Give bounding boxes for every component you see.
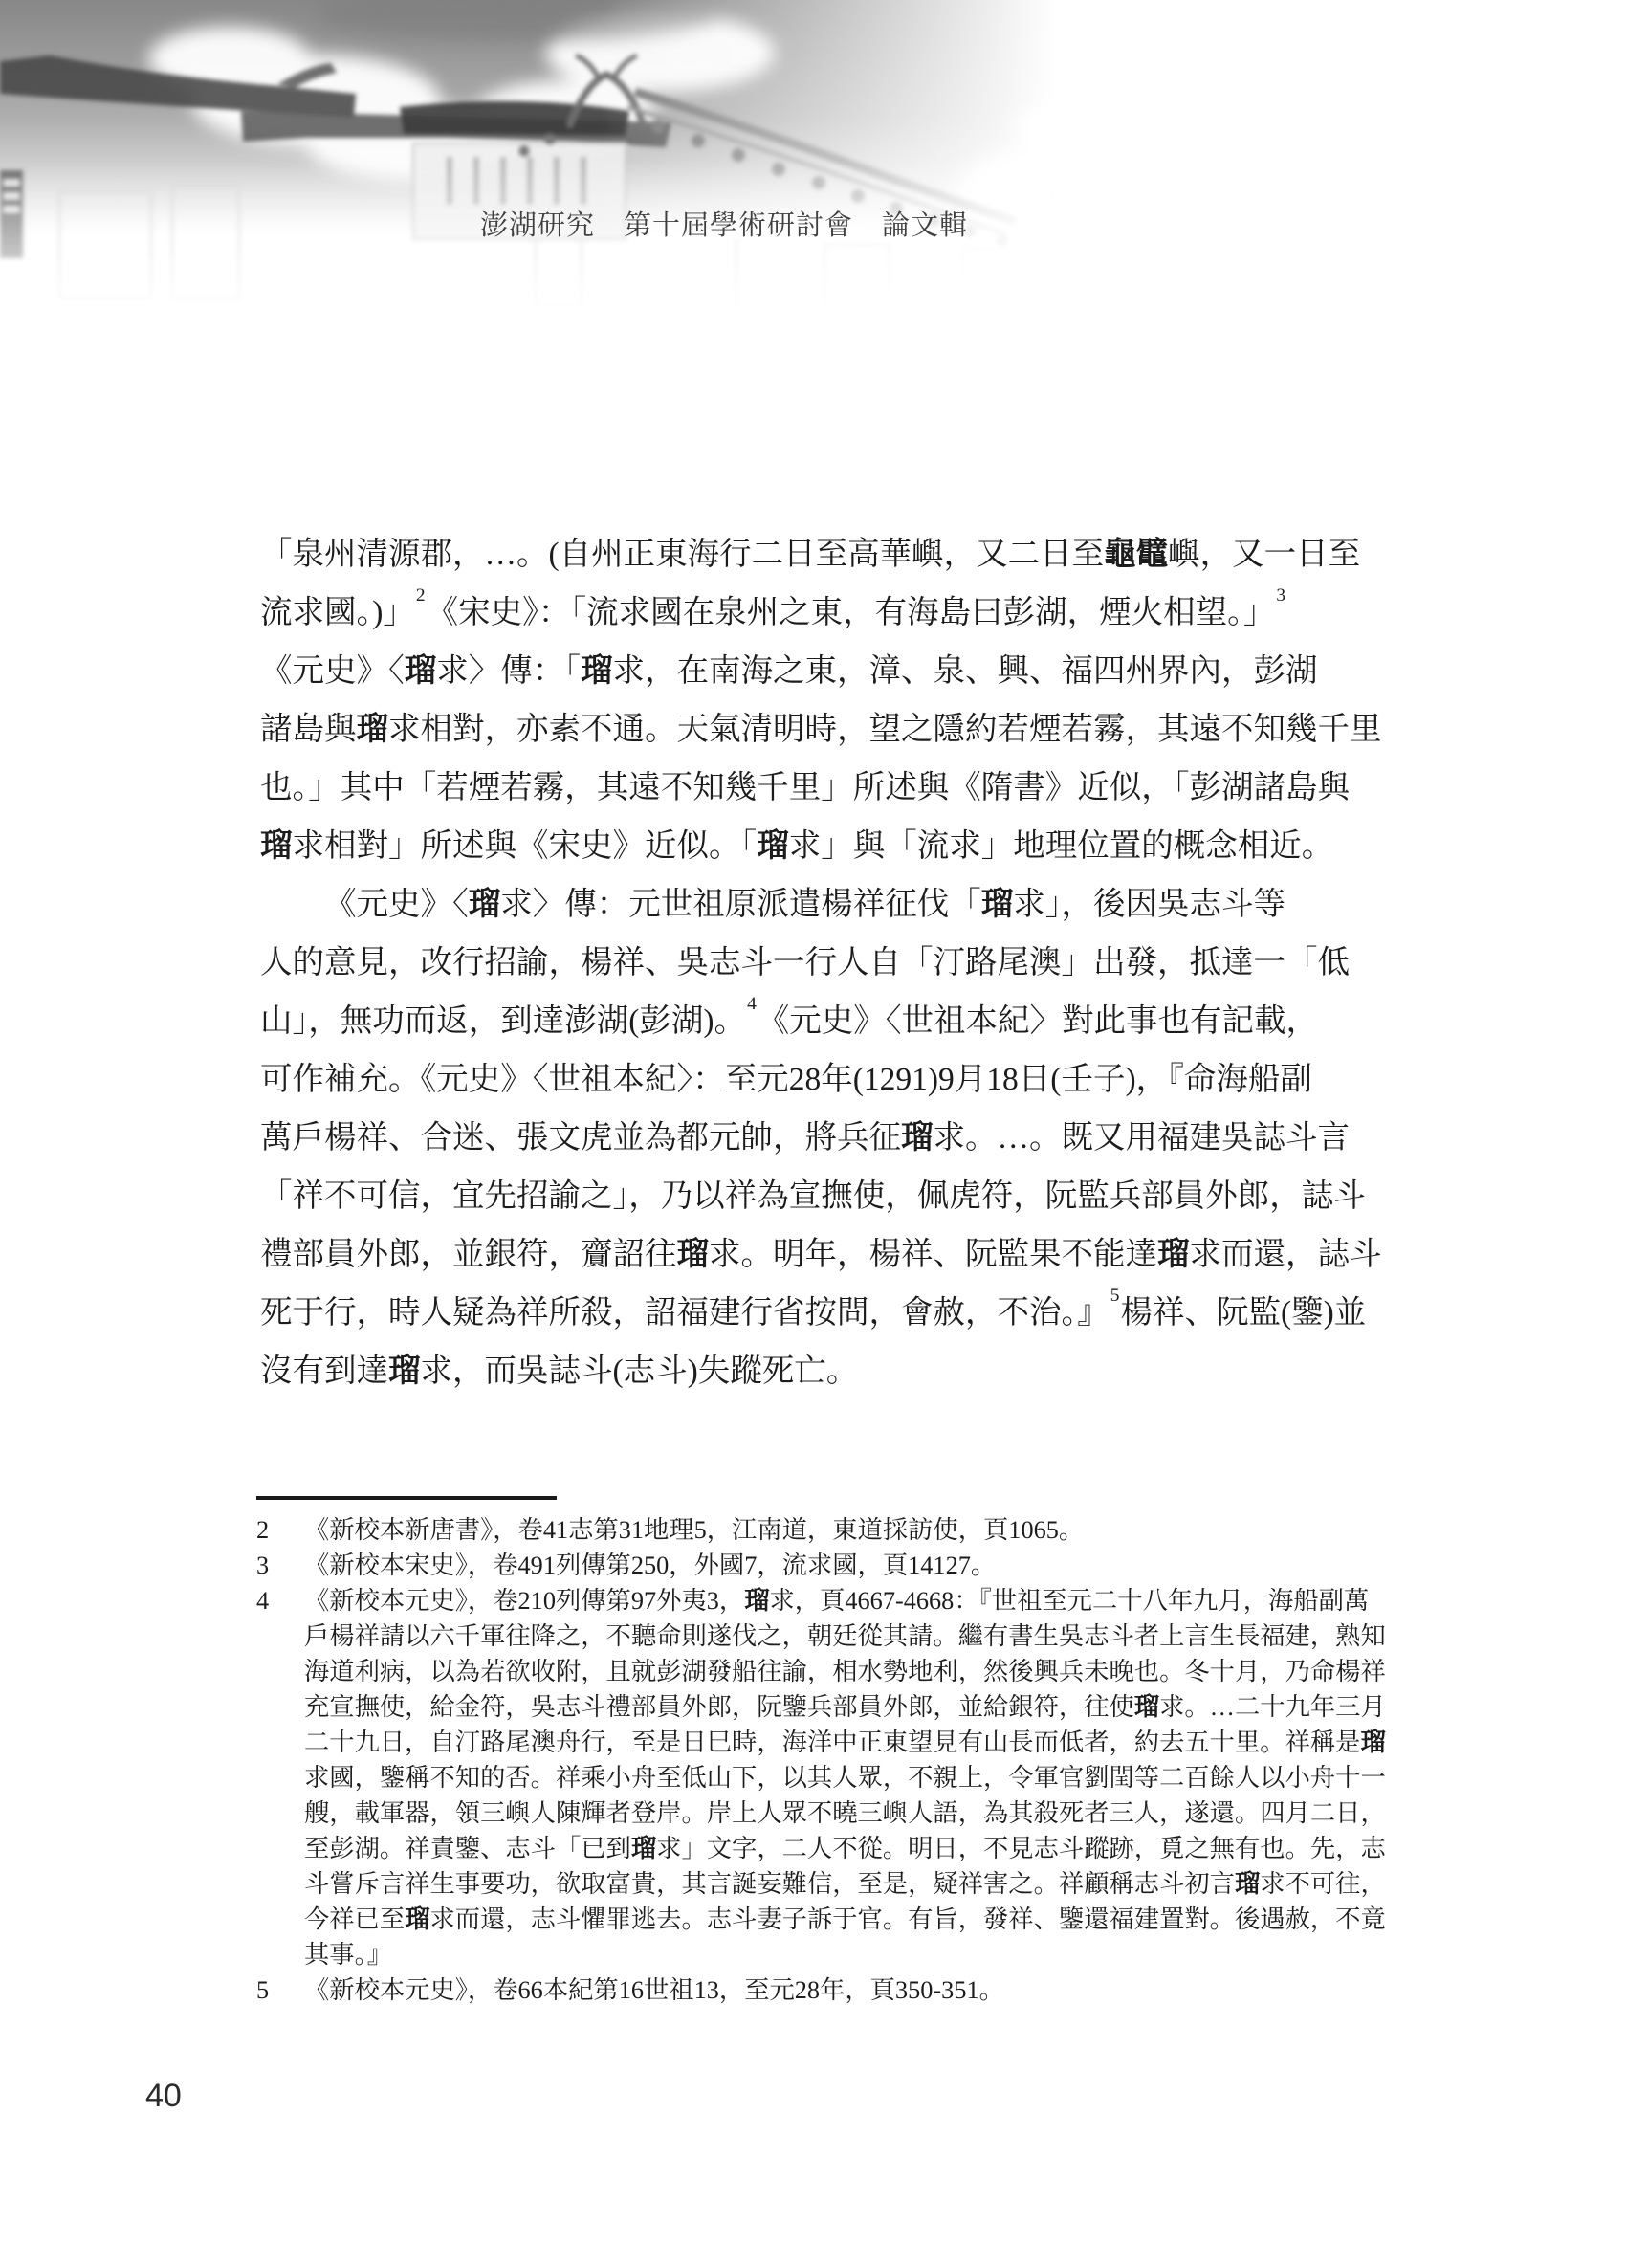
body-line: 萬戶楊祥、合迷、張文虎並為都元帥，將兵征瑠求。…。既又用福建吳誌斗言 <box>260 1109 1393 1167</box>
footnote-text: 《新校本元史》，卷66本紀第16世祖13，至元28年，頁350-351。 <box>304 1972 1399 2008</box>
footnote-marker: 3 <box>256 1548 304 1583</box>
body-line: 可作補充。《元史》〈世祖本紀〉：至元28年(1291)9月18日(壬子)，『命海… <box>260 1050 1393 1109</box>
body-line: 流求國。)」2《宋史》：「流求國在泉州之東，有海島曰彭湖，煙火相望。」3 <box>260 584 1393 642</box>
document-page: 澎湖研究 第十屆學術研討會 論文輯 「泉州清源郡，…。(自州正東海行二日至高華嶼… <box>0 0 1626 2268</box>
footnote-marker: 4 <box>256 1583 304 1618</box>
body-line: 也。」其中「若煙若霧，其遠不知幾千里」所述與《隋書》近似，「彭湖諸島與 <box>260 759 1393 817</box>
body-line: 「泉州清源郡，…。(自州正東海行二日至高華嶼，又二日至龜鼊嶼，又一日至 <box>260 525 1393 584</box>
footnote-marker: 2 <box>256 1512 304 1548</box>
body-text: 「泉州清源郡，…。(自州正東海行二日至高華嶼，又二日至龜鼊嶼，又一日至 流求國。… <box>260 525 1393 1400</box>
header-artwork <box>0 0 1090 320</box>
footnote-text: 《新校本宋史》，卷491列傳第250，外國7，流求國，頁14127。 <box>304 1548 1399 1583</box>
body-line: 山」，無功而返，到達澎湖(彭湖)。4《元史》〈世祖本紀〉對此事也有記載， <box>260 992 1393 1050</box>
footnote-line: 二十九日，自汀路尾澳舟行，至是日巳時，海洋中正東望見有山長而低者，約去五十里。祥… <box>304 1725 1399 1760</box>
body-line: 「祥不可信，宜先招諭之」，乃以祥為宣撫使，佩虎符，阮監兵部員外郎，誌斗 <box>260 1167 1393 1225</box>
body-line: 死于行，時人疑為祥所殺，詔福建行省按問，會赦，不治。』5楊祥、阮監(鑒)並 <box>260 1284 1393 1342</box>
body-line: 瑠求相對」所述與《宋史》近似。「瑠求」與「流求」地理位置的概念相近。 <box>260 817 1393 875</box>
footnote-text: 《新校本元史》，卷210列傳第97外夷3，瑠求，頁4667-4668：『世祖至元… <box>304 1583 1399 1972</box>
footnote-item: 3 《新校本宋史》，卷491列傳第250，外國7，流求國，頁14127。 <box>256 1548 1399 1583</box>
body-line: 《元史》〈瑠求〉傳：元世祖原派遣楊祥征伐「瑠求」，後因吳志斗等 <box>260 875 1393 934</box>
footnote-line: 《新校本元史》，卷210列傳第97外夷3，瑠求，頁4667-4668：『世祖至元… <box>304 1583 1399 1618</box>
footnote-text: 《新校本新唐書》，卷41志第31地理5，江南道，東道採訪使，頁1065。 <box>304 1512 1399 1548</box>
house-illustration <box>0 0 1090 320</box>
body-line: 《元史》〈瑠求〉傳：「瑠求，在南海之東，漳、泉、興、福四州界內，彭湖 <box>260 642 1393 700</box>
footnote-item: 5 《新校本元史》，卷66本紀第16世祖13，至元28年，頁350-351。 <box>256 1972 1399 2008</box>
footnote-line: 斗嘗斥言祥生事要功，欲取富貴，其言誕妄難信，至是，疑祥害之。祥顧稱志斗初言瑠求不… <box>304 1866 1399 1902</box>
footnotes: 2 《新校本新唐書》，卷41志第31地理5，江南道，東道採訪使，頁1065。 3… <box>256 1512 1399 2008</box>
page-header-title: 澎湖研究 第十屆學術研討會 論文輯 <box>480 204 968 243</box>
footnote-line: 至彭湖。祥責鑒、志斗「已到瑠求」文字，二人不從。明日，不見志斗蹤跡，覓之無有也。… <box>304 1831 1399 1866</box>
footnote-line: 艘，載軍器，領三嶼人陳輝者登岸。岸上人眾不曉三嶼人語，為其殺死者三人，遂還。四月… <box>304 1795 1399 1831</box>
footnote-item: 4 《新校本元史》，卷210列傳第97外夷3，瑠求，頁4667-4668：『世祖… <box>256 1583 1399 1972</box>
body-line: 禮部員外郎，並銀符，齎詔往瑠求。明年，楊祥、阮監果不能達瑠求而還，誌斗 <box>260 1225 1393 1284</box>
footnote-line: 充宣撫使，給金符，吳志斗禮部員外郎，阮鑒兵部員外郎，並給銀符，往使瑠求。…二十九… <box>304 1689 1399 1725</box>
body-line: 人的意見，改行招諭，楊祥、吳志斗一行人自「汀路尾澳」出發，抵達一「低 <box>260 934 1393 992</box>
footnote-marker: 5 <box>256 1972 304 2008</box>
body-line: 沒有到達瑠求，而吳誌斗(志斗)失蹤死亡。 <box>260 1342 1393 1400</box>
page-number: 40 <box>145 2078 182 2115</box>
footnote-separator <box>256 1496 557 1500</box>
footnote-line: 今祥已至瑠求而還，志斗懼罪逃去。志斗妻子訴于官。有旨，發祥、鑒還福建置對。後遇赦… <box>304 1902 1399 1937</box>
footnote-item: 2 《新校本新唐書》，卷41志第31地理5，江南道，東道採訪使，頁1065。 <box>256 1512 1399 1548</box>
body-line: 諸島與瑠求相對，亦素不通。天氣清明時，望之隱約若煙若霧，其遠不知幾千里 <box>260 700 1393 759</box>
footnote-line: 海道利病，以為若欲收附，且就彭湖發船往諭，相水勢地利，然後興兵未晚也。冬十月，乃… <box>304 1654 1399 1689</box>
footnote-line: 求國，鑒稱不知的否。祥乘小舟至低山下，以其人眾，不親上，令軍官劉閏等二百餘人以小… <box>304 1760 1399 1795</box>
footnote-line: 戶楊祥請以六千軍往降之，不聽命則遂伐之，朝廷從其請。繼有書生吳志斗者上言生長福建… <box>304 1618 1399 1654</box>
footnote-line: 其事。』 <box>304 1937 1399 1972</box>
